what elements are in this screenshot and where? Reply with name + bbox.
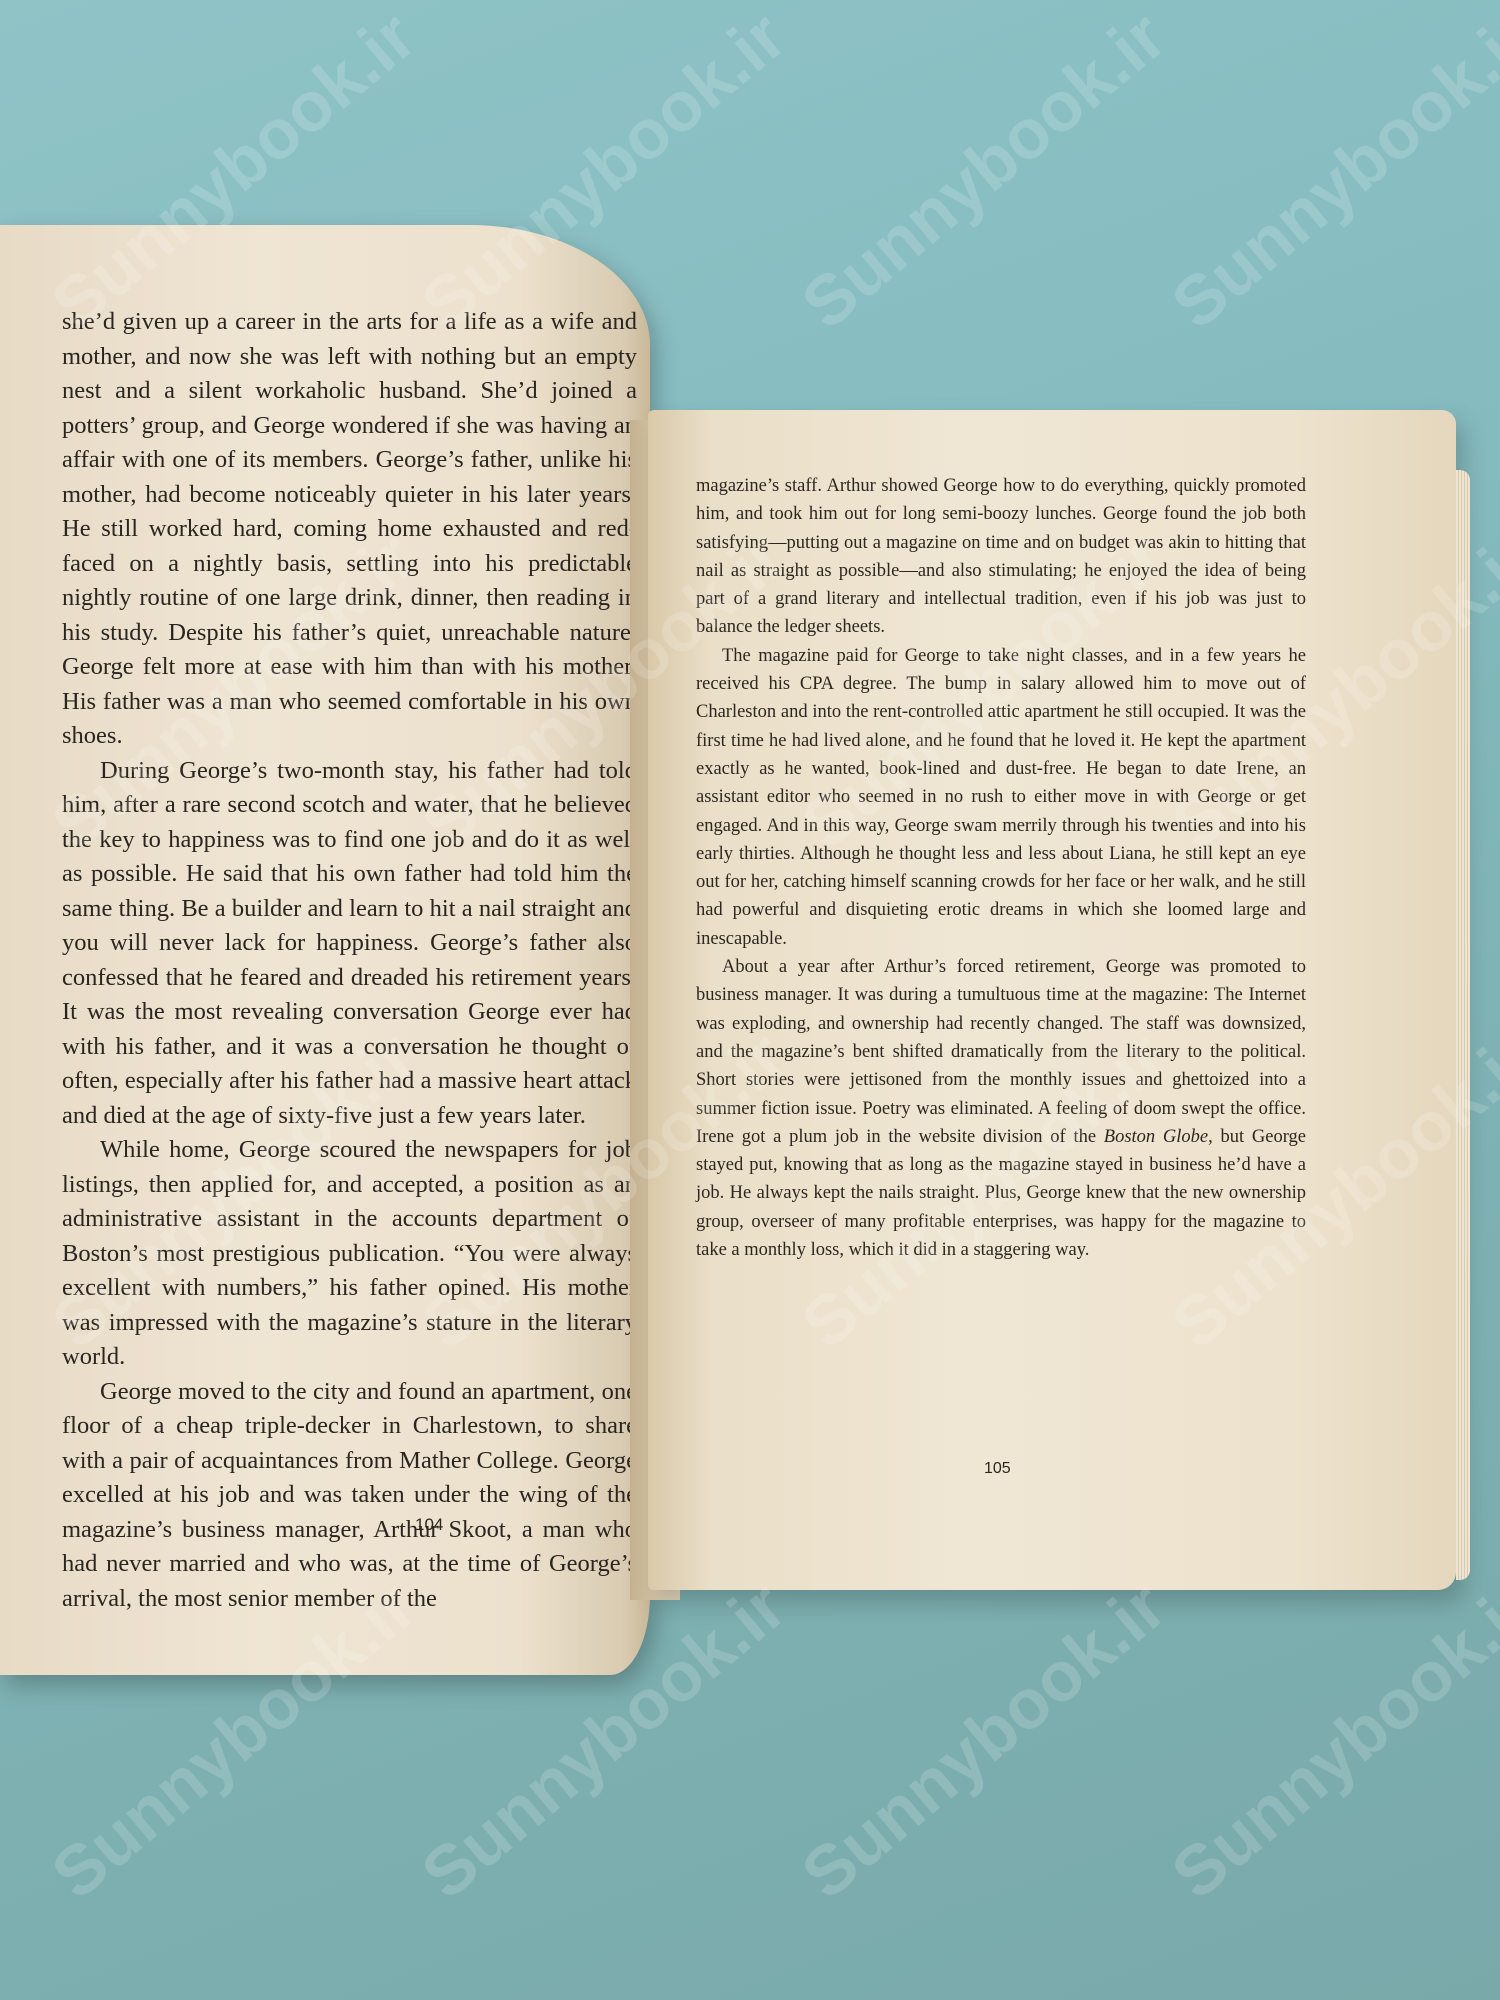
page-number-left: 104: [415, 1515, 443, 1535]
paragraph: George moved to the city and found an ap…: [62, 1375, 637, 1617]
right-page: magazine’s staff. Arthur showed George h…: [648, 410, 1456, 1590]
publication-title: Boston Globe,: [1104, 1127, 1213, 1147]
paragraph: The magazine paid for George to take nig…: [696, 642, 1306, 953]
watermark: Sunnybook.ir: [1157, 0, 1500, 344]
paragraph: magazine’s staff. Arthur showed George h…: [696, 472, 1306, 642]
paragraph: While home, George scoured the newspaper…: [62, 1133, 637, 1375]
page-edges: [1456, 470, 1470, 1580]
watermark: Sunnybook.ir: [787, 1566, 1181, 1915]
paragraph: About a year after Arthur’s forced retir…: [696, 953, 1306, 1264]
page-number-right: 105: [984, 1460, 1011, 1478]
left-page: she’d given up a career in the arts for …: [0, 225, 650, 1675]
left-page-text: she’d given up a career in the arts for …: [62, 305, 637, 1616]
paragraph: she’d given up a career in the arts for …: [62, 305, 637, 754]
paragraph: During George’s two-month stay, his fath…: [62, 754, 637, 1134]
right-page-text: magazine’s staff. Arthur showed George h…: [696, 472, 1306, 1264]
paragraph-text: About a year after Arthur’s forced retir…: [696, 957, 1306, 1147]
watermark: Sunnybook.ir: [1157, 1566, 1500, 1915]
watermark: Sunnybook.ir: [787, 0, 1181, 344]
